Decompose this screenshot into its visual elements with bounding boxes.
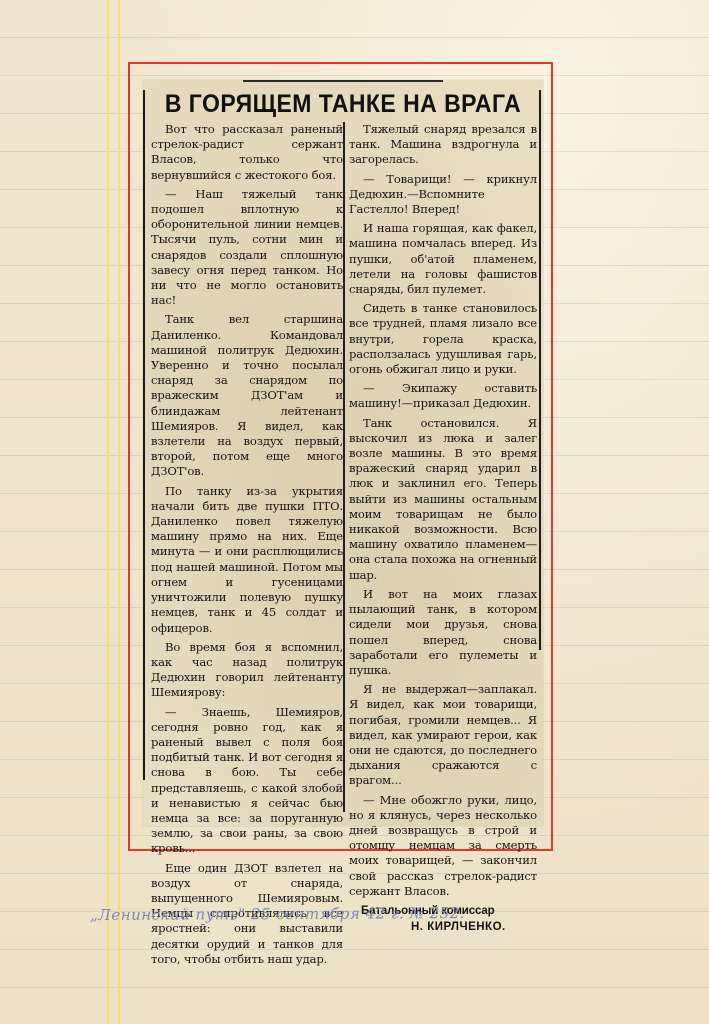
article-left-column: Вот что рассказал раненый стрелок-радист… — [151, 122, 343, 971]
paragraph: Тяжелый снаряд врезался в танк. Машина в… — [349, 122, 537, 168]
article-headline: В ГОРЯЩЕМ ТАНКЕ НА ВРАГА — [159, 90, 527, 119]
paragraph: Вот что рассказал раненый стрелок-радист… — [151, 122, 343, 183]
paragraph: Я не выдержал—заплакал. Я видел, как мои… — [349, 682, 537, 788]
handwritten-source-note: „Ленинский путь" 25 сентября 42 г. № 252… — [90, 904, 465, 924]
paragraph: Во время боя я вспомнил, как час назад п… — [151, 640, 343, 701]
newspaper-clipping: В ГОРЯЩЕМ ТАНКЕ НА ВРАГА Вот что рассказ… — [143, 80, 543, 826]
paragraph: Сидеть в танке становилось все трудней, … — [349, 301, 537, 377]
paragraph: — Знаешь, Шемияров, сегодня ровно год, к… — [151, 705, 343, 857]
paragraph: И наша горящая, как факел, машина помчал… — [349, 221, 537, 297]
column-divider — [343, 122, 345, 812]
article-right-column: Тяжелый снаряд врезался в танк. Машина в… — [349, 122, 537, 935]
margin-line-yellow — [107, 0, 109, 1024]
margin-line-yellow — [118, 0, 120, 1024]
paragraph: И вот на моих глазах пылающий танк, в ко… — [349, 587, 537, 678]
paragraph: Танк остановился. Я выскочил из люка и з… — [349, 416, 537, 583]
clipping-right-rule — [539, 90, 541, 650]
clipping-left-rule — [143, 90, 145, 780]
paragraph: — Товарищи! — крикнул Дедюхин.—Вспомните… — [349, 172, 537, 218]
clipping-top-rule — [243, 80, 443, 82]
paragraph: — Экипажу оставить машину!—приказал Дедю… — [349, 381, 537, 411]
paragraph: — Наш тяжелый танк подошел вплотную к об… — [151, 187, 343, 309]
paragraph: — Мне обожгло руки, лицо, но я клянусь, … — [349, 793, 537, 899]
paragraph: Танк вел старшина Даниленко. Командовал … — [151, 312, 343, 479]
paragraph: По танку из-за укрытия начали бить две п… — [151, 484, 343, 636]
